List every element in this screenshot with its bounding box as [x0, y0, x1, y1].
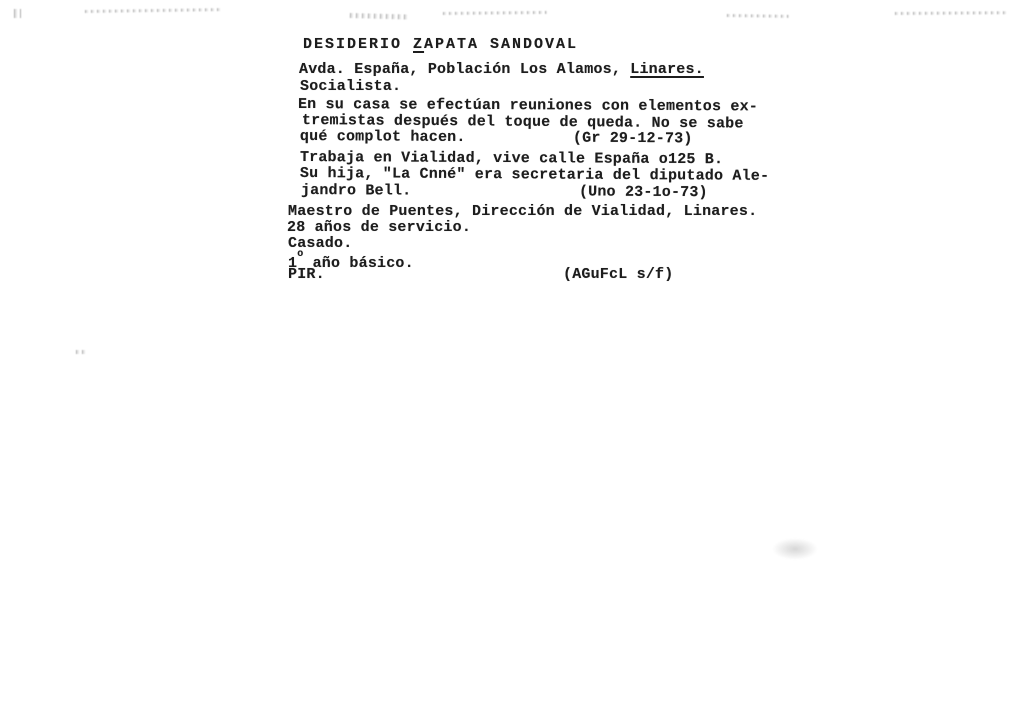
note1-line3-text: qué complot hacen.	[300, 128, 466, 146]
file-citation: (AGuFcL s/f)	[563, 267, 673, 282]
record-education-ordinal: o	[297, 249, 303, 260]
record-address-text: Avda. España, Población Los Alamos,	[299, 61, 630, 78]
scan-noise-artifact	[895, 11, 1007, 15]
scanned-document-page: DESIDERIO ZAPATA SANDOVAL Avda. España, …	[0, 0, 1012, 717]
record-occupation-line: Maestro de Puentes, Dirección de Vialida…	[288, 204, 757, 219]
scan-noise-artifact	[76, 350, 85, 354]
scan-noise-artifact	[443, 11, 547, 15]
scan-noise-artifact	[14, 9, 21, 18]
note2-line2: Su hija, "La Cnné" era secretaria del di…	[300, 166, 769, 184]
record-occupation-text: Maestro de Puentes, Dirección de Vialida…	[288, 203, 757, 220]
scan-noise-artifact	[85, 8, 220, 13]
record-name-underlined-letter: Z	[413, 36, 424, 53]
record-address-line: Avda. España, Población Los Alamos, Lina…	[299, 62, 704, 77]
record-name-text: APATA SANDOVAL	[424, 36, 578, 53]
record-name-text: DESIDERIO	[303, 36, 413, 53]
record-service-line: 28 años de servicio.	[287, 220, 471, 235]
record-affiliation-text: Socialista.	[300, 78, 401, 95]
scan-noise-artifact	[350, 13, 408, 20]
note2-line3-text: jandro Bell.	[301, 182, 412, 200]
record-name-line: DESIDERIO ZAPATA SANDOVAL	[303, 37, 578, 52]
scan-smudge-artifact	[772, 538, 818, 560]
note2-line3: jandro Bell.(Uno 23-1o-73)	[301, 183, 411, 199]
record-service-text: 28 años de servicio.	[287, 219, 471, 236]
record-party-text: PIR.	[288, 266, 325, 283]
record-party-line: PIR.(AGuFcL s/f)	[288, 267, 325, 282]
note1-citation: (Gr 29-12-73)	[573, 131, 693, 147]
note1-line3: qué complot hacen.(Gr 29-12-73)	[300, 129, 466, 145]
scan-noise-artifact	[727, 14, 789, 18]
note2-citation: (Uno 23-1o-73)	[579, 184, 708, 200]
record-affiliation-line: Socialista.	[300, 79, 401, 94]
record-address-city-underlined: Linares.	[630, 61, 704, 78]
